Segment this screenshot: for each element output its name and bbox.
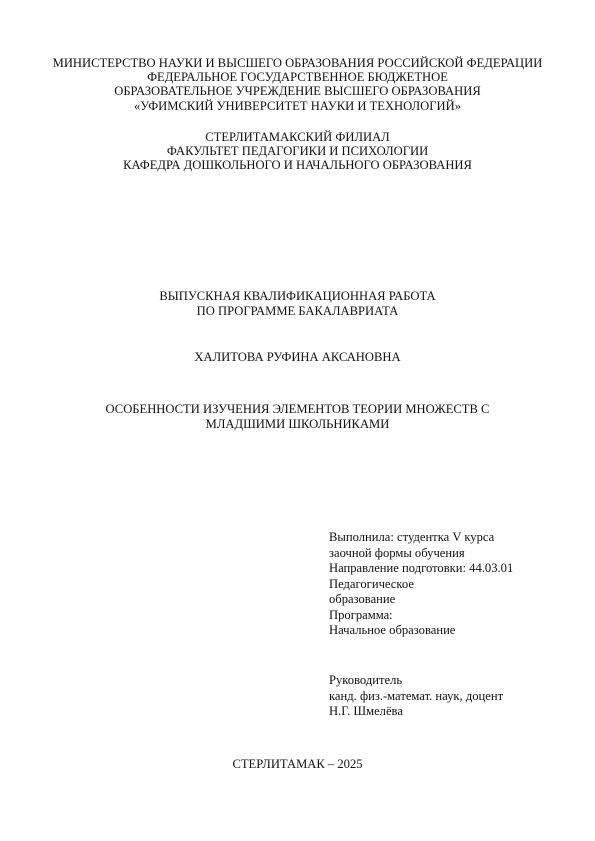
thesis-title: ОСОБЕННОСТИ ИЗУЧЕНИЯ ЭЛЕМЕНТОВ ТЕОРИИ МН… (0, 402, 595, 432)
work-type-line: ПО ПРОГРАММЕ БАКАЛАВРИАТА (0, 304, 595, 319)
author-name-text: ХАЛИТОВА РУФИНА АКСАНОВНА (0, 350, 595, 364)
work-type-line: ВЫПУСКНАЯ КВАЛИФИКАЦИОННАЯ РАБОТА (0, 289, 595, 304)
city-year: СТЕРЛИТАМАК – 2025 (0, 757, 595, 771)
city-year-footer: СТЕРЛИТАМАК – 2025 (0, 757, 595, 771)
branch-header: СТЕРЛИТАМАКСКИЙ ФИЛИАЛ ФАКУЛЬТЕТ ПЕДАГОГ… (0, 130, 595, 173)
branch-name: СТЕРЛИТАМАКСКИЙ ФИЛИАЛ (0, 130, 595, 144)
ministry-line: ОБРАЗОВАТЕЛЬНОЕ УЧРЕЖДЕНИЕ ВЫСШЕГО ОБРАЗ… (0, 84, 595, 98)
ministry-header: МИНИСТЕРСТВО НАУКИ И ВЫСШЕГО ОБРАЗОВАНИЯ… (0, 56, 595, 113)
ministry-line: ФЕДЕРАЛЬНОЕ ГОСУДАРСТВЕННОЕ БЮДЖЕТНОЕ (0, 70, 595, 84)
student-info-line: Программа: (329, 608, 513, 624)
student-info-line: Педагогическое (329, 577, 513, 593)
faculty-name: ФАКУЛЬТЕТ ПЕДАГОГИКИ И ПСИХОЛОГИИ (0, 144, 595, 158)
student-info-line: Начальное образование (329, 623, 513, 639)
university-name: «УФИМСКИЙ УНИВЕРСИТЕТ НАУКИ И ТЕХНОЛОГИЙ… (0, 99, 595, 113)
work-type: ВЫПУСКНАЯ КВАЛИФИКАЦИОННАЯ РАБОТА ПО ПРО… (0, 289, 595, 319)
thesis-title-line: ОСОБЕННОСТИ ИЗУЧЕНИЯ ЭЛЕМЕНТОВ ТЕОРИИ МН… (0, 402, 595, 417)
supervisor-info-line: Руководитель (329, 673, 503, 689)
title-page: МИНИСТЕРСТВО НАУКИ И ВЫСШЕГО ОБРАЗОВАНИЯ… (0, 0, 595, 841)
ministry-line: МИНИСТЕРСТВО НАУКИ И ВЫСШЕГО ОБРАЗОВАНИЯ… (0, 56, 595, 70)
student-info: Выполнила: студентка V курса заочной фор… (329, 530, 513, 639)
student-info-line: образование (329, 592, 513, 608)
supervisor-name: Н.Г. Шмелёва (329, 704, 503, 720)
author-name: ХАЛИТОВА РУФИНА АКСАНОВНА (0, 350, 595, 364)
department-name: КАФЕДРА ДОШКОЛЬНОГО И НАЧАЛЬНОГО ОБРАЗОВ… (0, 158, 595, 172)
supervisor-info: Руководитель канд. физ.-математ. наук, д… (329, 673, 503, 720)
thesis-title-line: МЛАДШИМИ ШКОЛЬНИКАМИ (0, 417, 595, 432)
supervisor-info-line: канд. физ.-математ. наук, доцент (329, 689, 503, 705)
student-info-line: заочной формы обучения (329, 546, 513, 562)
student-info-line: Направление подготовки: 44.03.01 (329, 561, 513, 577)
student-info-line: Выполнила: студентка V курса (329, 530, 513, 546)
